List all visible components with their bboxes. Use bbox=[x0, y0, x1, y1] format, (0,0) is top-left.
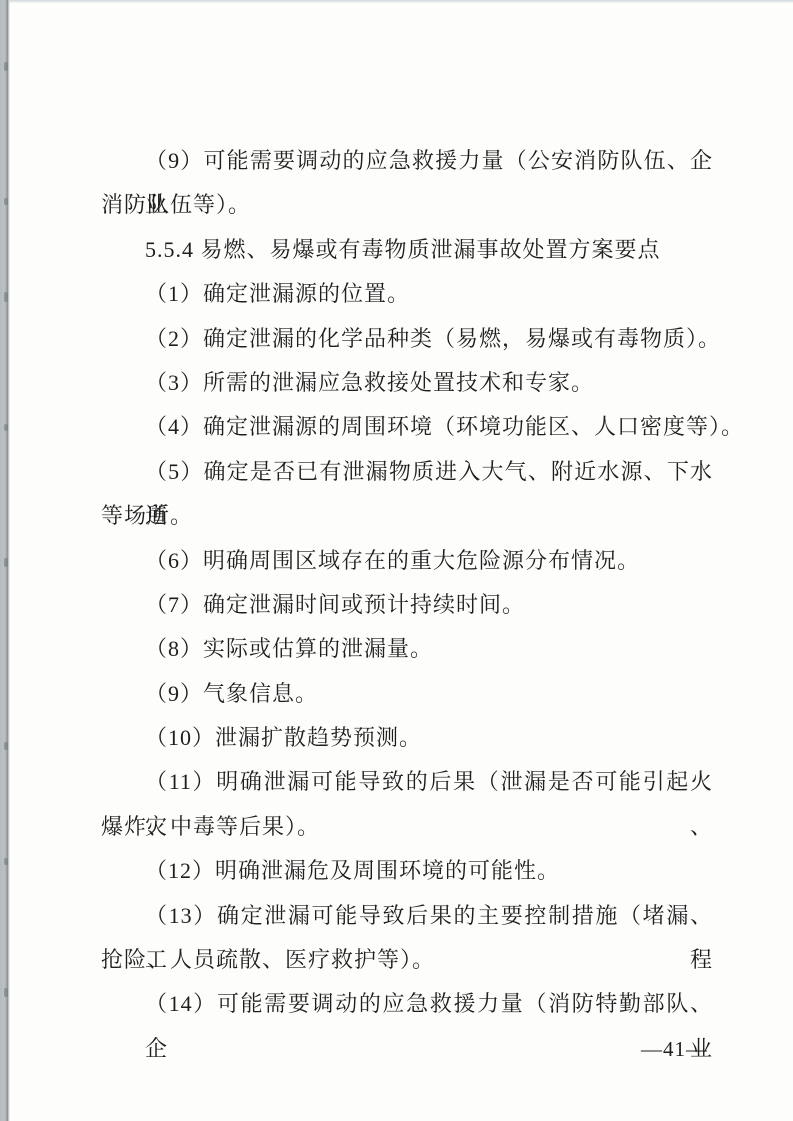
scan-smudge bbox=[4, 424, 8, 431]
text-line: （1）确定泄漏源的位置。 bbox=[101, 272, 713, 316]
scan-smudge bbox=[4, 858, 8, 865]
text-line: （9）可能需要调动的应急救援力量（公安消防队伍、企业 bbox=[101, 139, 713, 183]
scan-edge-top bbox=[0, 0, 793, 3]
scan-smudge bbox=[4, 558, 8, 567]
text-line: （9）气象信息。 bbox=[101, 672, 713, 716]
text-line: （13）确定泄漏可能导致后果的主要控制措施（堵漏、工程 bbox=[101, 894, 713, 938]
scan-smudge bbox=[4, 198, 8, 205]
scan-edge-left bbox=[0, 0, 10, 1121]
text-line: （5）确定是否已有泄漏物质进入大气、附近水源、下水道 bbox=[101, 450, 713, 494]
text-line: （6）明确周围区域存在的重大危险源分布情况。 bbox=[101, 539, 713, 583]
text-line: （4）确定泄漏源的周围环境（环境功能区、人口密度等）。 bbox=[101, 405, 713, 449]
text-line: （12）明确泄漏危及周围环境的可能性。 bbox=[101, 849, 713, 893]
scan-smudge bbox=[4, 292, 8, 302]
scan-smudge bbox=[4, 988, 8, 997]
text-line: （3）所需的泄漏应急救接处置技术和专家。 bbox=[101, 361, 713, 405]
text-line: （2）确定泄漏的化学品种类（易燃，易爆或有毒物质）。 bbox=[101, 317, 713, 361]
document-body: （9）可能需要调动的应急救援力量（公安消防队伍、企业 消防队伍等）。 5.5.4… bbox=[101, 139, 713, 1063]
scan-smudge bbox=[4, 742, 8, 750]
text-line: 消防队伍等）。 bbox=[101, 183, 713, 227]
text-line: （14）可能需要调动的应急救援力量（消防特勤部队、企业 bbox=[101, 982, 713, 1026]
text-line: （10）泄漏扩散趋势预测。 bbox=[101, 716, 713, 760]
text-line: （7）确定泄漏时间或预计持续时间。 bbox=[101, 583, 713, 627]
scan-smudge bbox=[4, 62, 8, 71]
text-line: 等场所。 bbox=[101, 494, 713, 538]
text-line: （8）实际或估算的泄漏量。 bbox=[101, 627, 713, 671]
section-heading: 5.5.4 易燃、易爆或有毒物质泄漏事故处置方案要点 bbox=[101, 228, 713, 272]
text-line: （11）明确泄漏可能导致的后果（泄漏是否可能引起火灾、 bbox=[101, 760, 713, 804]
